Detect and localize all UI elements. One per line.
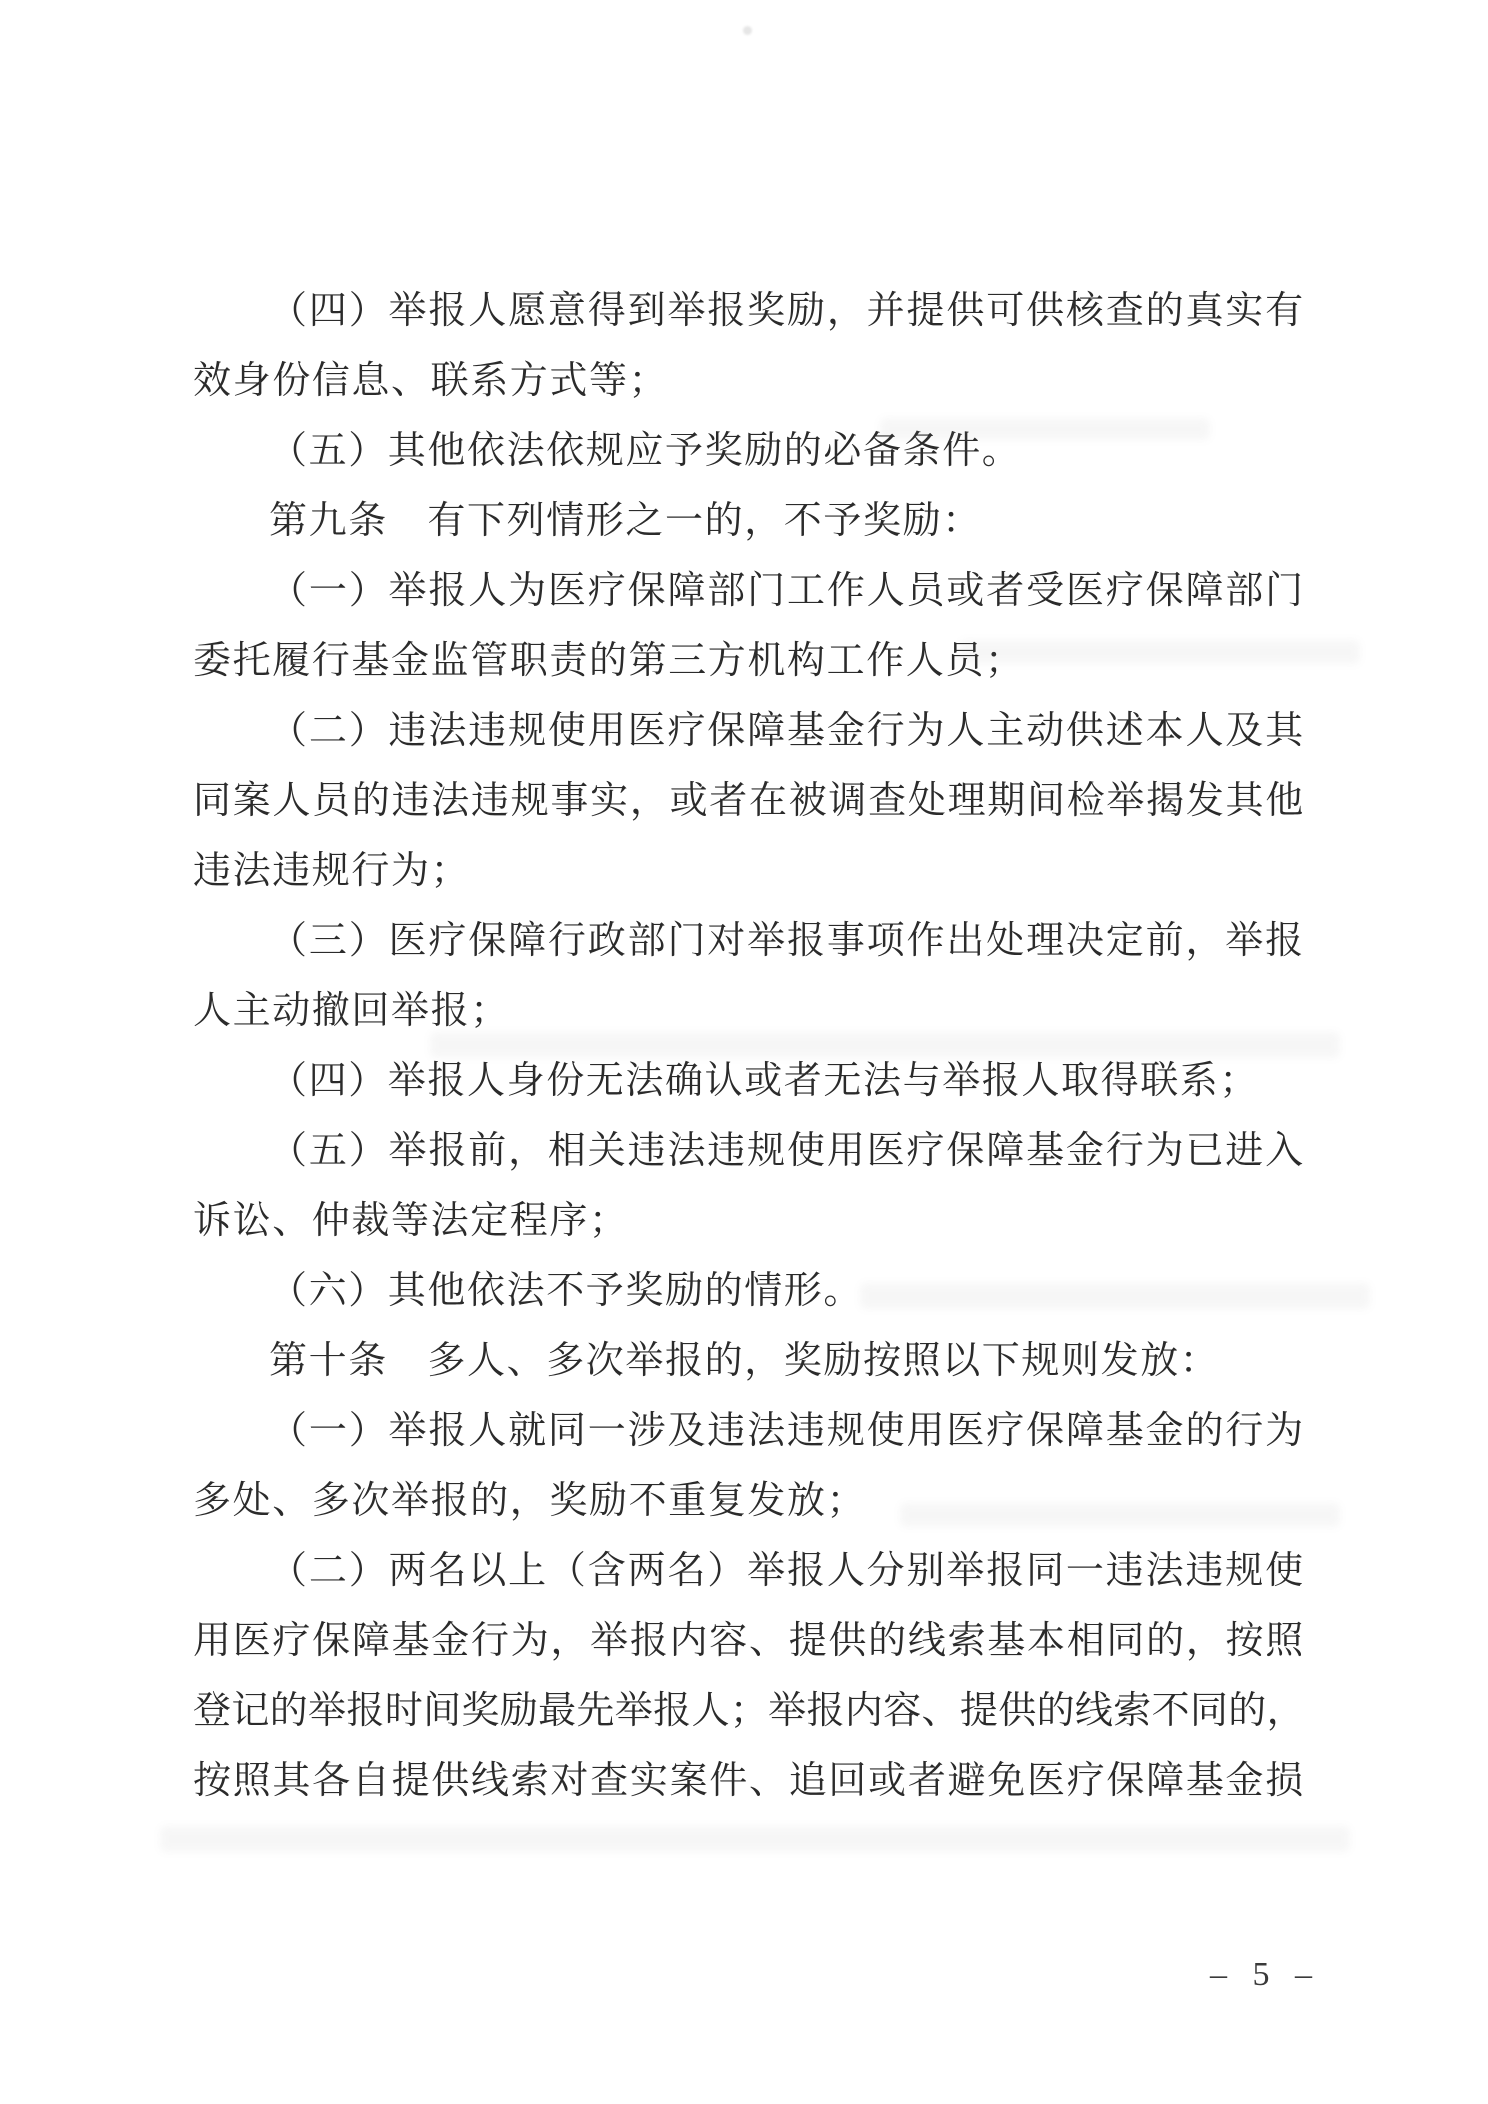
text-line: （二）两名以上（含两名）举报人分别举报同一违法违规使 xyxy=(193,1536,1305,1606)
text-line: （一）举报人就同一涉及违法违规使用医疗保障基金的行为 xyxy=(193,1396,1305,1466)
text-line: 同案人员的违法违规事实，或者在被调查处理期间检举揭发其他 xyxy=(193,766,1305,836)
scan-speck xyxy=(743,26,752,35)
text-line: （五）其他依法依规应予奖励的必备条件。 xyxy=(193,416,1305,486)
paragraph: （二）违法违规使用医疗保障基金行为人主动供述本人及其同案人员的违法违规事实，或者… xyxy=(193,696,1305,906)
paragraph: （四）举报人身份无法确认或者无法与举报人取得联系； xyxy=(193,1046,1305,1116)
scan-bleed-mark xyxy=(160,1826,1350,1852)
text-line: 委托履行基金监管职责的第三方机构工作人员； xyxy=(193,626,1305,696)
text-line: 人主动撤回举报； xyxy=(193,976,1305,1046)
text-line: （三）医疗保障行政部门对举报事项作出处理决定前，举报 xyxy=(193,906,1305,976)
document-body: （四）举报人愿意得到举报奖励，并提供可供核查的真实有效身份信息、联系方式等；（五… xyxy=(193,276,1305,1816)
text-line: （五）举报前，相关违法违规使用医疗保障基金行为已进入 xyxy=(193,1116,1305,1186)
text-line: （六）其他依法不予奖励的情形。 xyxy=(193,1256,1305,1326)
paragraph: （六）其他依法不予奖励的情形。 xyxy=(193,1256,1305,1326)
paragraph: 第十条 多人、多次举报的，奖励按照以下规则发放： xyxy=(193,1326,1305,1396)
text-line: （一）举报人为医疗保障部门工作人员或者受医疗保障部门 xyxy=(193,556,1305,626)
text-line: 效身份信息、联系方式等； xyxy=(193,346,1305,416)
text-line: 多处、多次举报的，奖励不重复发放； xyxy=(193,1466,1305,1536)
text-line: 第十条 多人、多次举报的，奖励按照以下规则发放： xyxy=(193,1326,1305,1396)
paragraph: （三）医疗保障行政部门对举报事项作出处理决定前，举报人主动撤回举报； xyxy=(193,906,1305,1046)
paragraph: （一）举报人为医疗保障部门工作人员或者受医疗保障部门委托履行基金监管职责的第三方… xyxy=(193,556,1305,696)
text-line: 违法违规行为； xyxy=(193,836,1305,906)
text-line: 按照其各自提供线索对查实案件、追回或者避免医疗保障基金损 xyxy=(193,1746,1305,1816)
text-line: 诉讼、仲裁等法定程序； xyxy=(193,1186,1305,1256)
page-number: – 5 – xyxy=(1210,1954,1317,1996)
text-line: 用医疗保障基金行为，举报内容、提供的线索基本相同的，按照 xyxy=(193,1606,1305,1676)
paragraph: （五）举报前，相关违法违规使用医疗保障基金行为已进入诉讼、仲裁等法定程序； xyxy=(193,1116,1305,1256)
paragraph: （四）举报人愿意得到举报奖励，并提供可供核查的真实有效身份信息、联系方式等； xyxy=(193,276,1305,416)
paragraph: （一）举报人就同一涉及违法违规使用医疗保障基金的行为多处、多次举报的，奖励不重复… xyxy=(193,1396,1305,1536)
document-page: （四）举报人愿意得到举报奖励，并提供可供核查的真实有效身份信息、联系方式等；（五… xyxy=(0,0,1488,2104)
text-line: （四）举报人身份无法确认或者无法与举报人取得联系； xyxy=(193,1046,1305,1116)
paragraph: 第九条 有下列情形之一的，不予奖励： xyxy=(193,486,1305,556)
paragraph: （五）其他依法依规应予奖励的必备条件。 xyxy=(193,416,1305,486)
paragraph: （二）两名以上（含两名）举报人分别举报同一违法违规使用医疗保障基金行为，举报内容… xyxy=(193,1536,1305,1816)
text-line: （二）违法违规使用医疗保障基金行为人主动供述本人及其 xyxy=(193,696,1305,766)
text-line: （四）举报人愿意得到举报奖励，并提供可供核查的真实有 xyxy=(193,276,1305,346)
text-line: 登记的举报时间奖励最先举报人；举报内容、提供的线索不同的， xyxy=(193,1676,1305,1746)
text-line: 第九条 有下列情形之一的，不予奖励： xyxy=(193,486,1305,556)
